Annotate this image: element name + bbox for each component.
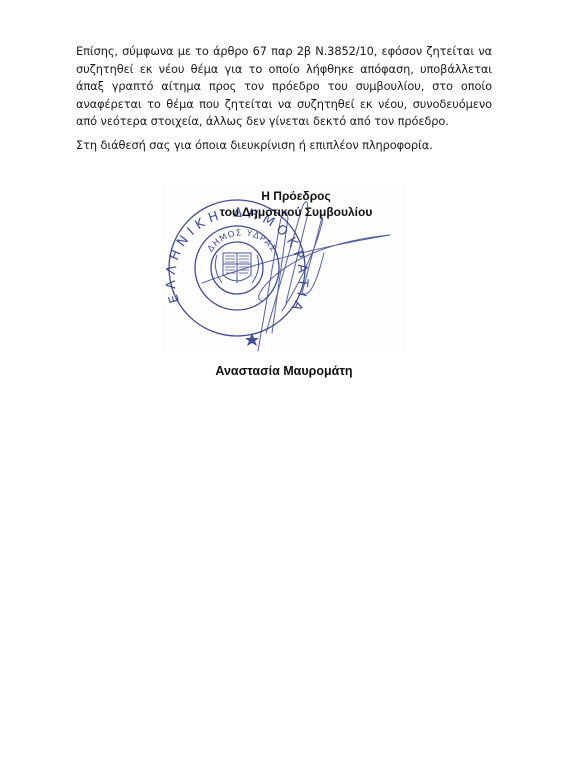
signer-title-line-2: του Δημοτικού Συμβουλίου	[174, 205, 418, 219]
signer-name: Αναστασία Μαυρομάτη	[162, 364, 406, 378]
signature-stamp-image: ΕΛΛΗΝΙΚΗ ΔΗΜΟΚΡΑΤΙΑ ΔΗΜΟΣ ΥΔΡΑΣ Η Πρόεδρ…	[162, 183, 406, 353]
svg-text:ΔΗΜΟΣ ΥΔΡΑΣ: ΔΗΜΟΣ ΥΔΡΑΣ	[206, 228, 279, 254]
paragraph-availability: Στη διάθεσή σας για όποια διευκρίνιση ή …	[76, 137, 492, 155]
document-page: Επίσης, σύμφωνα με το άρθρο 67 παρ 2β Ν.…	[0, 0, 568, 781]
paragraph-reconsideration-rule: Επίσης, σύμφωνα με το άρθρο 67 παρ 2β Ν.…	[76, 43, 492, 131]
signer-title-line-1: Η Πρόεδρος	[174, 189, 418, 203]
